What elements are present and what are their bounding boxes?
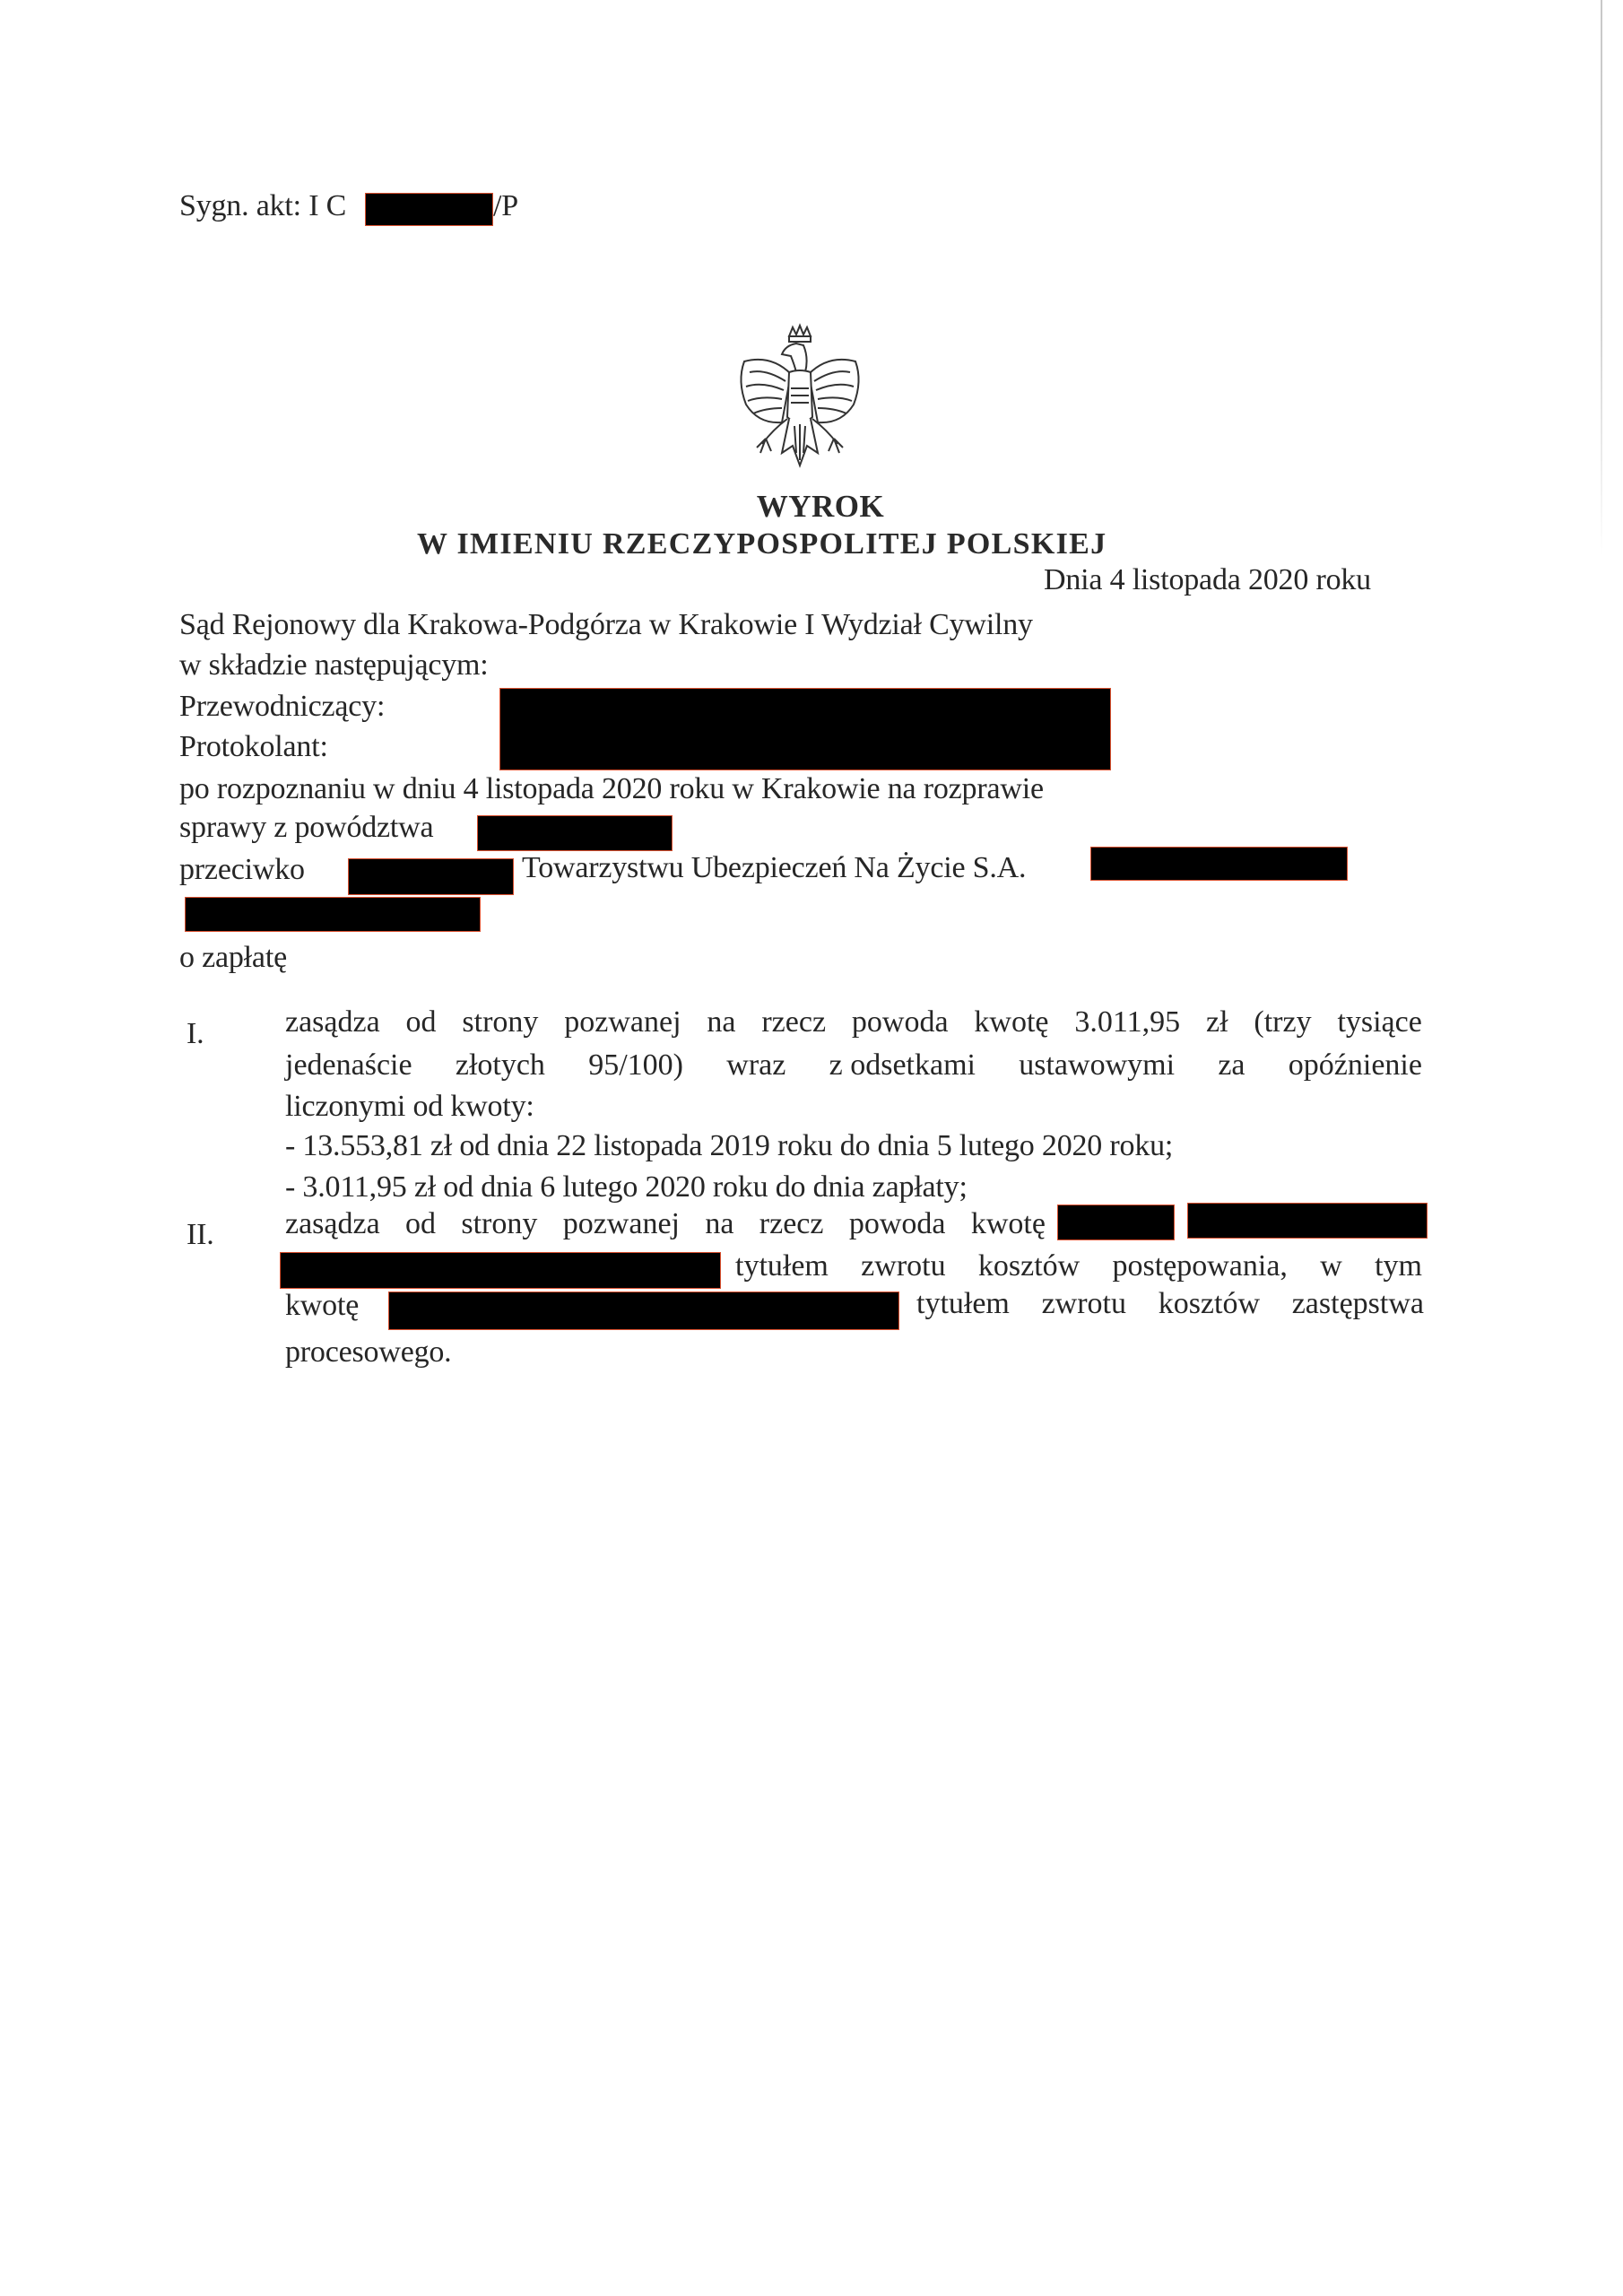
claim-from-label: sprawy z powództwa (179, 810, 433, 846)
redacted-costs-amount-words-2 (280, 1252, 721, 1289)
ruling-2-line-3-label: kwotę (285, 1288, 359, 1324)
judgment-title: WYROK (0, 489, 1623, 525)
redacted-costs-amount-words-1 (1187, 1203, 1428, 1239)
redacted-representation-costs (388, 1291, 899, 1330)
judgment-date: Dnia 4 listopada 2020 roku (1044, 562, 1371, 598)
case-signature-suffix: /P (493, 188, 518, 224)
redacted-judge-and-clerk (499, 688, 1111, 770)
ruling-2-line-2: tytułem zwrotu kosztów postępowania, w t… (735, 1248, 1422, 1284)
ruling-1-line-3: liczonymi od kwoty: (285, 1089, 534, 1125)
ruling-1-interest-period-1: - 13.553,81 zł od dnia 22 listopada 2019… (285, 1128, 1173, 1164)
ruling-2-line-3: tytułem zwrotu kosztów zastępstwa (916, 1286, 1424, 1322)
case-signature: Sygn. akt: I C (179, 188, 346, 224)
ruling-2-line-4: procesowego. (285, 1335, 451, 1370)
court-name: Sąd Rejonowy dla Krakowa-Podgórza w Krak… (179, 607, 1033, 643)
against-label: przeciwko (179, 852, 305, 888)
judgment-subtitle: W IMIENIU RZECZYPOSPOLITEJ POLSKIEJ (417, 526, 1107, 562)
presiding-judge-label: Przewodniczący: (179, 689, 385, 725)
subject-of-case: o zapłatę (179, 940, 287, 976)
ruling-1-line-1: zasądza od strony pozwanej na rzecz powo… (285, 1004, 1422, 1040)
ruling-2-numeral: II. (187, 1217, 214, 1253)
redacted-plaintiff (477, 815, 673, 851)
ruling-1-line-2: jedenaście złotych 95/100) wraz z odsetk… (285, 1048, 1422, 1083)
ruling-1-interest-period-2: - 3.011,95 zł od dnia 6 lutego 2020 roku… (285, 1170, 968, 1205)
redacted-defendant-suffix (1090, 847, 1348, 881)
redacted-defendant-address (185, 897, 481, 932)
ruling-1-numeral: I. (187, 1016, 204, 1052)
scan-edge-line (1601, 0, 1602, 556)
redacted-costs-amount (1057, 1205, 1175, 1240)
polish-white-eagle-emblem-icon (726, 318, 870, 480)
clerk-label: Protokolant: (179, 729, 328, 765)
document-page: Sygn. akt: I C /P (0, 0, 1623, 2296)
hearing-line: po rozpoznaniu w dniu 4 listopada 2020 r… (179, 771, 1044, 807)
redacted-defendant-prefix (348, 858, 514, 895)
defendant-name: Towarzystwu Ubezpieczeń Na Życie S.A. (522, 850, 1026, 886)
ruling-2-line-1: zasądza od strony pozwanej na rzecz powo… (285, 1206, 1046, 1242)
composition-label: w składzie następującym: (179, 648, 489, 683)
redacted-case-number (365, 193, 493, 226)
case-signature-label: Sygn. akt: I C (179, 189, 346, 222)
